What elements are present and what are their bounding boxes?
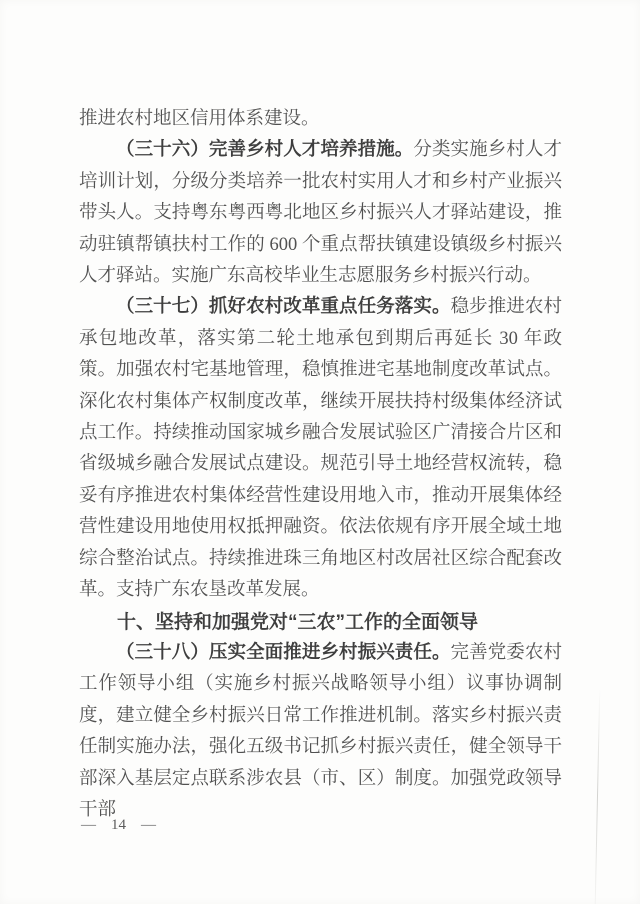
text-run: 完善党委农村工作领导小组（实施乡村振兴战略领导小组）议事协调制度，建立健全乡村振… — [79, 643, 562, 820]
bold-run: 十、坚持和加强党对“三农”工作的全面领导 — [117, 612, 478, 633]
bold-run: （三十七）抓好农村改革重点任务落实。 — [116, 297, 451, 317]
text-run: 分类实施乡村人才培训计划，分级分类培养一批农村实用人才和乡村产业振兴带头人。支持… — [79, 140, 562, 286]
page-footer: — 14 — — [81, 817, 156, 834]
document-body: 推进农村地区信用体系建设。（三十六）完善乡村人才培养措施。分类实施乡村人才培训计… — [79, 104, 562, 826]
bold-run: （三十六）完善乡村人才培养措施。 — [116, 140, 413, 160]
text-run: 推进农村地区信用体系建设。 — [79, 109, 320, 129]
text-run: 稳步推进农村承包地改革，落实第二轮土地承包到期后再延长 30 年政策。加强农村宅… — [79, 297, 562, 600]
bold-run: （三十八）压实全面推进乡村振兴责任。 — [116, 643, 451, 663]
scanned-document-page: { "document": { "blocks": [ { "type": "p… — [0, 0, 640, 904]
footer-dash-left: — — [81, 817, 96, 834]
paragraph: （三十六）完善乡村人才培养措施。分类实施乡村人才培训计划，分级分类培养一批农村实… — [79, 135, 562, 292]
footer-dash-right: — — [141, 817, 156, 834]
page-number: 14 — [111, 817, 126, 834]
section-heading: 十、坚持和加强党对“三农”工作的全面领导 — [79, 607, 562, 638]
paragraph: （三十七）抓好农村改革重点任务落实。稳步推进农村承包地改革，落实第二轮土地承包到… — [79, 292, 562, 606]
scan-artifact-line — [595, 688, 601, 904]
paragraph: （三十八）压实全面推进乡村振兴责任。完善党委农村工作领导小组（实施乡村振兴战略领… — [79, 638, 562, 826]
paragraph: 推进农村地区信用体系建设。 — [79, 104, 562, 135]
